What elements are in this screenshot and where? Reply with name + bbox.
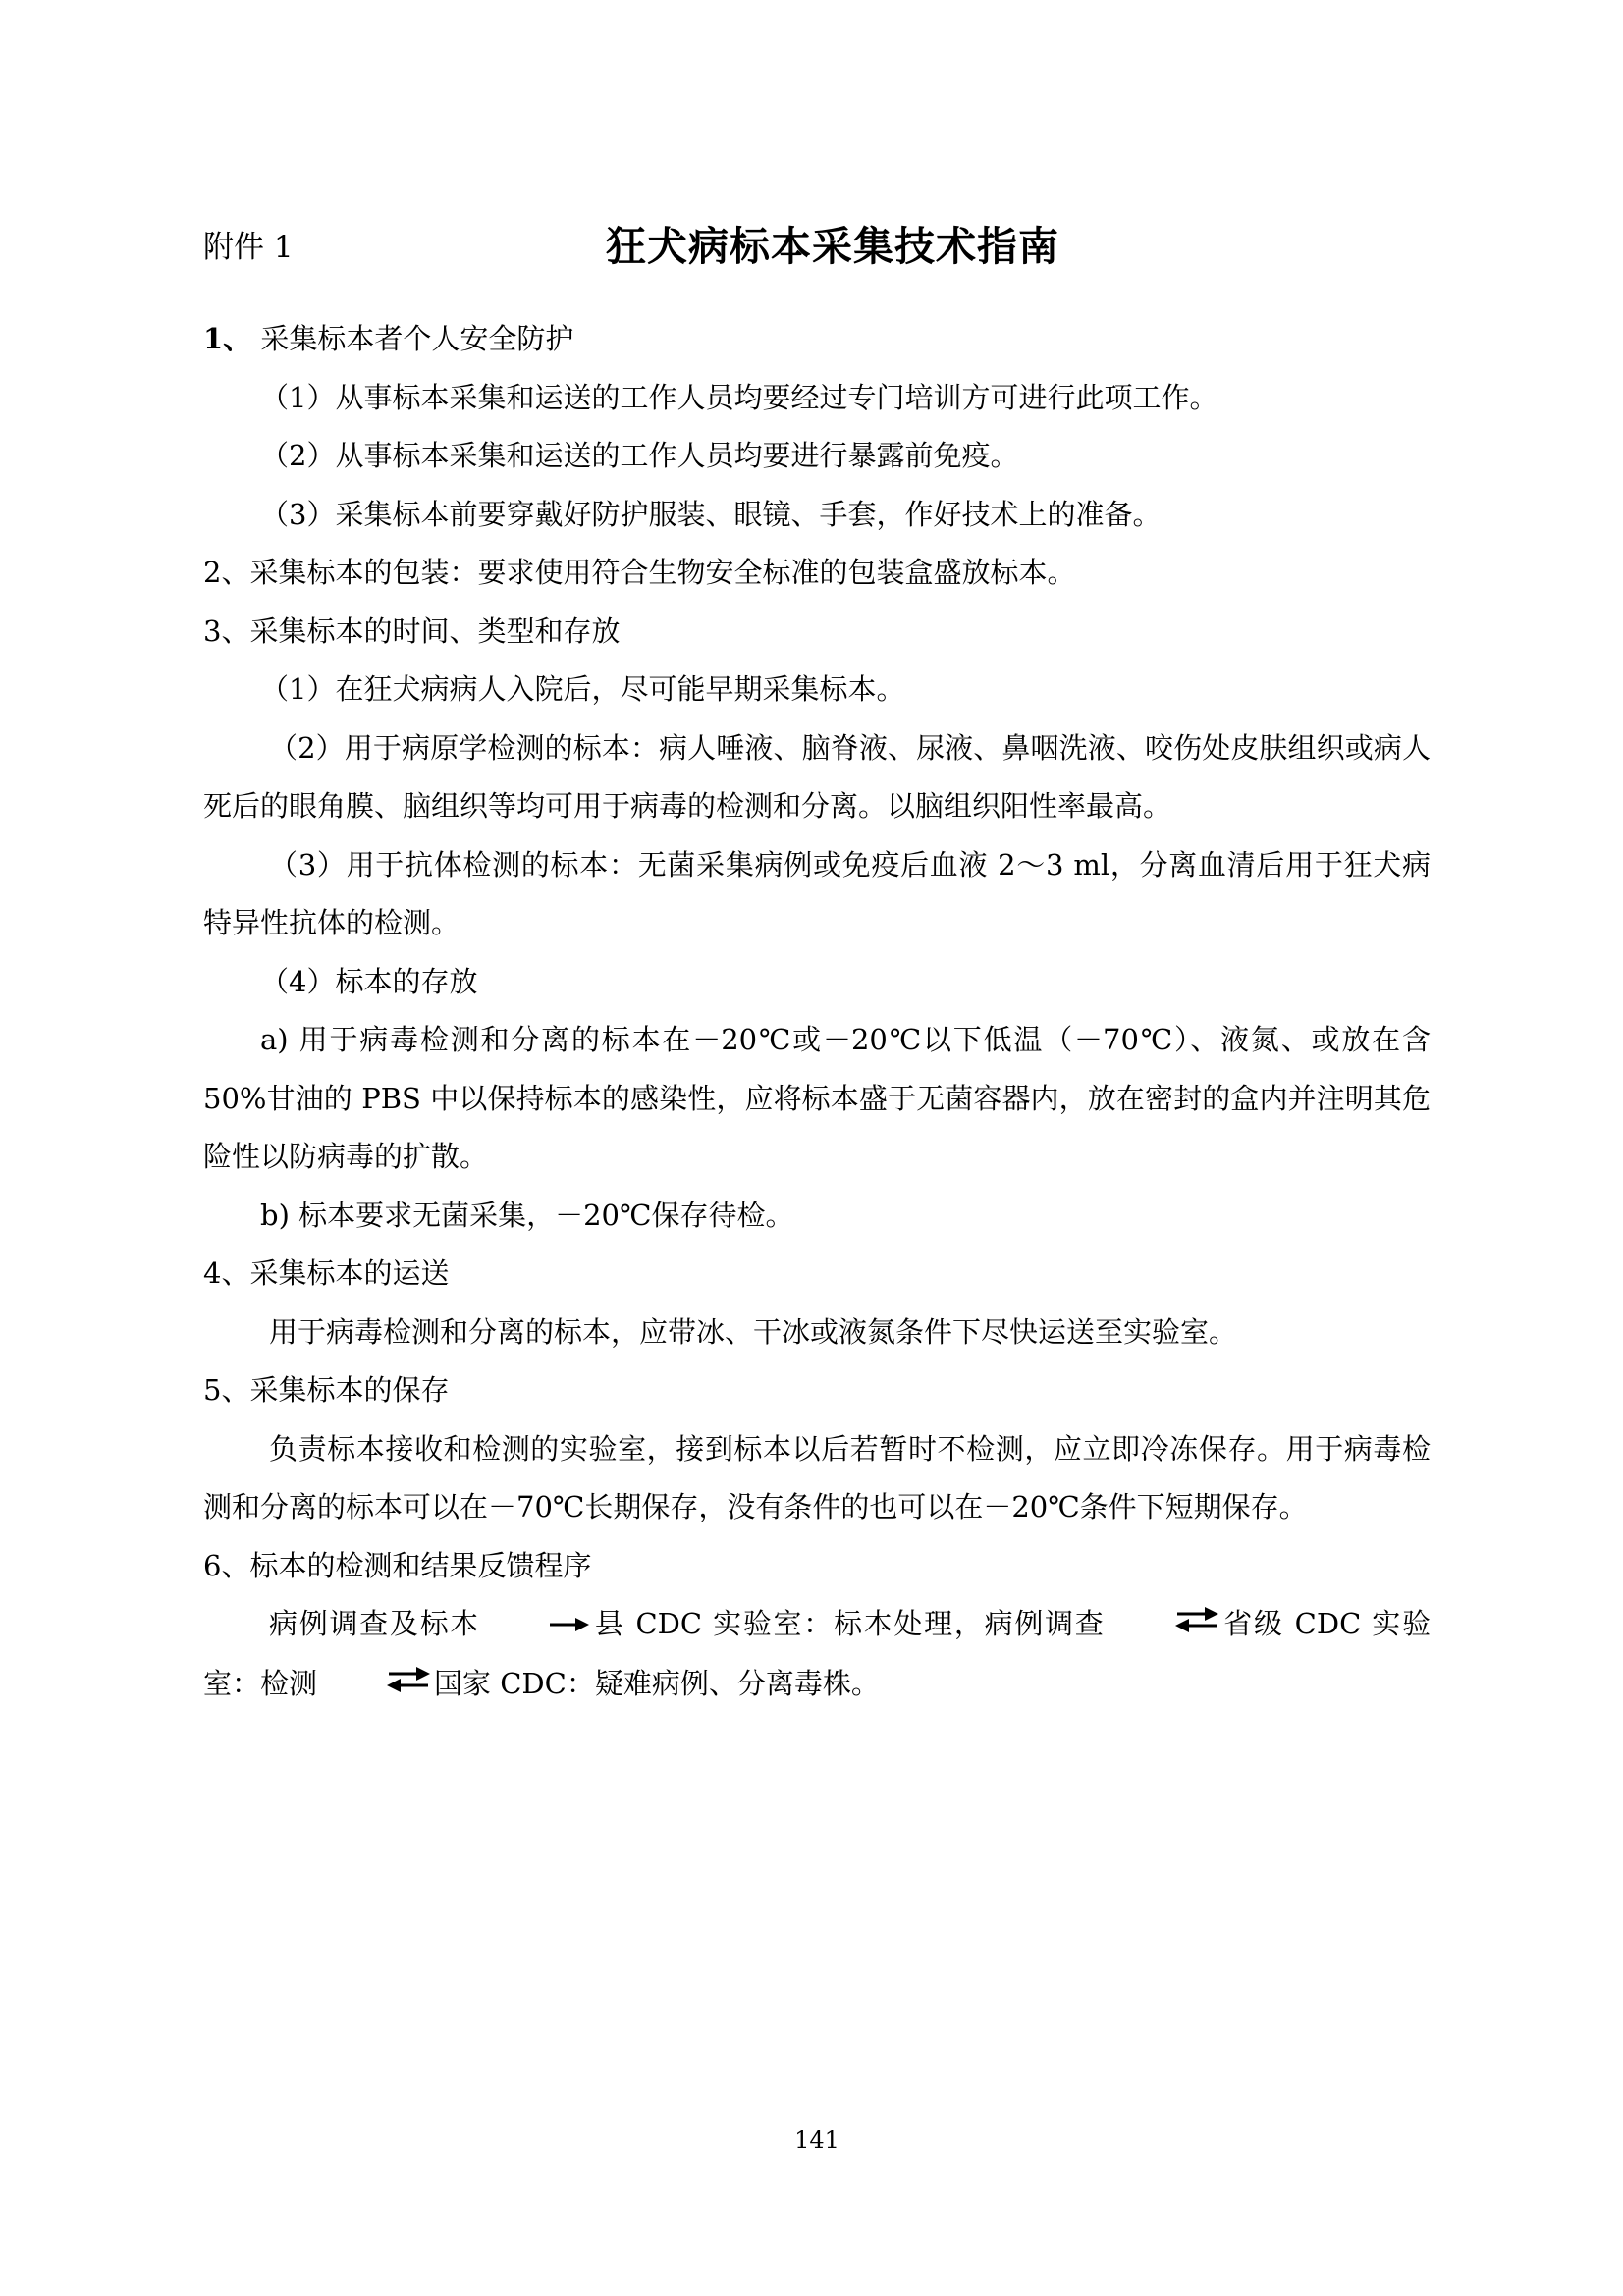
section-1-item-2: （2）从事标本采集和运送的工作人员均要进行暴露前免疫。: [203, 427, 1431, 486]
section-4-heading: 4、采集标本的运送: [203, 1245, 1431, 1304]
page-number: 141: [203, 2126, 1431, 2154]
document-header: 附件 1 狂犬病标本采集技术指南: [203, 214, 1431, 273]
section-3-item-4: （4）标本的存放: [203, 953, 1431, 1012]
flow-step-2: 县 CDC 实验室：标本处理，病例调查: [593, 1607, 1105, 1640]
section-1-number: 1、: [203, 322, 251, 355]
section-3-item-1: （1）在狂犬病病人入院后，尽可能早期采集标本。: [203, 661, 1431, 720]
section-1-heading: 1、 采集标本者个人安全防护: [203, 310, 1431, 369]
section-5-text: 负责标本接收和检测的实验室，接到标本以后若暂时不检测，应立即冷冻保存。用于病毒检…: [203, 1420, 1431, 1537]
section-3-item-4b: b) 标本要求无菌采集，－20℃保存待检。: [203, 1187, 1431, 1246]
attachment-label: 附件 1: [203, 222, 294, 266]
section-3-item-3: （3）用于抗体检测的标本：无菌采集病例或免疫后血液 2～3 ml，分离血清后用于…: [203, 836, 1431, 953]
section-2-heading: 2、采集标本的包装：要求使用符合生物安全标准的包装盒盛放标本。: [203, 544, 1431, 603]
right-arrow-icon: [484, 1596, 589, 1655]
section-1-item-3: （3）采集标本前要穿戴好防护服装、眼镜、手套，作好技术上的准备。: [203, 486, 1431, 545]
bidirectional-arrow-icon: [1109, 1596, 1218, 1655]
document-title: 狂犬病标本采集技术指南: [606, 214, 1059, 272]
section-1-title: 采集标本者个人安全防护: [251, 322, 573, 355]
section-6-flow: 病例调查及标本县 CDC 实验室：标本处理，病例调查省级 CDC 实验室：检测国…: [203, 1595, 1431, 1715]
section-1-item-1: （1）从事标本采集和运送的工作人员均要经过专门培训方可进行此项工作。: [203, 369, 1431, 428]
section-4-text: 用于病毒检测和分离的标本，应带冰、干冰或液氮条件下尽快运送至实验室。: [203, 1304, 1431, 1362]
section-3-heading: 3、采集标本的时间、类型和存放: [203, 603, 1431, 662]
bidirectional-arrow-icon: [321, 1656, 430, 1715]
section-6-heading: 6、标本的检测和结果反馈程序: [203, 1537, 1431, 1596]
section-3-item-2: （2）用于病原学检测的标本：病人唾液、脑脊液、尿液、鼻咽洗液、咬伤处皮肤组织或病…: [203, 720, 1431, 836]
flow-step-1: 病例调查及标本: [269, 1607, 480, 1640]
flow-step-4: 国家 CDC：疑难病例、分离毒株。: [434, 1667, 880, 1700]
document-body: 1、 采集标本者个人安全防护 （1）从事标本采集和运送的工作人员均要经过专门培训…: [203, 310, 1431, 1715]
section-3-item-4a: a) 用于病毒检测和分离的标本在－20℃或－20℃以下低温（－70℃）、液氮、或…: [203, 1011, 1431, 1187]
section-5-heading: 5、采集标本的保存: [203, 1362, 1431, 1420]
